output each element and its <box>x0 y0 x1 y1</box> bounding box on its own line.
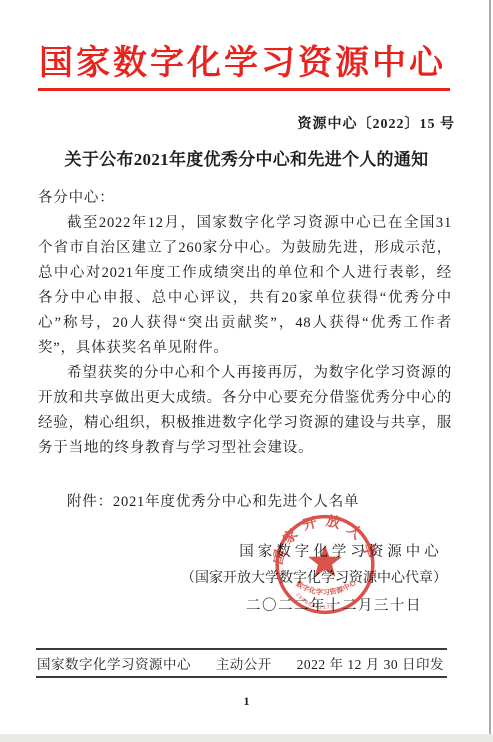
footer-disclosure-type: 主动公开 <box>216 653 272 673</box>
document-footer: 国家数字化学习资源中心 主动公开 2022 年 12 月 30 日印发 <box>36 648 447 678</box>
body-paragraph: 希望获奖的分中心和个人再接再厉，为数字化学习资源的开放和共享做出更大成绩。各分中… <box>38 361 452 461</box>
footer-print-date: 2022 年 12 月 30 日印发 <box>297 653 444 673</box>
attachment-line: 附件：2021年度优秀分中心和先进个人名单 <box>38 490 452 515</box>
document-body: 各分中心： 截至2022年12月，国家数字化学习资源中心已在全国31个省市自治区… <box>38 186 452 515</box>
footer-issuer: 国家数字化学习资源中心 <box>37 653 191 673</box>
seal-star-icon <box>308 545 342 577</box>
masthead-rule <box>38 88 450 91</box>
seal-inner-text: 数字化学习资源中心 <box>294 577 358 597</box>
page-right-edge <box>489 0 491 734</box>
document-number: 资源中心〔2022〕15 号 <box>0 113 455 133</box>
page-bottom-edge <box>0 734 493 742</box>
official-seal: 国家开放大学 数字化学习资源中心 20000012171 <box>273 512 377 617</box>
body-paragraph: 截至2022年12月，国家数字化学习资源中心已在全国31个省市自治区建立了260… <box>38 211 452 361</box>
salutation: 各分中心： <box>38 186 452 211</box>
agency-masthead: 国家数字化学习资源中心 <box>20 47 465 81</box>
official-document-page: 国家数字化学习资源中心 资源中心〔2022〕15 号 关于公布2021年度优秀分… <box>0 0 493 742</box>
svg-text:数字化学习资源中心: 数字化学习资源中心 <box>294 577 358 597</box>
notice-title: 关于公布2021年度优秀分中心和先进个人的通知 <box>0 145 493 170</box>
page-number: 1 <box>0 694 493 709</box>
